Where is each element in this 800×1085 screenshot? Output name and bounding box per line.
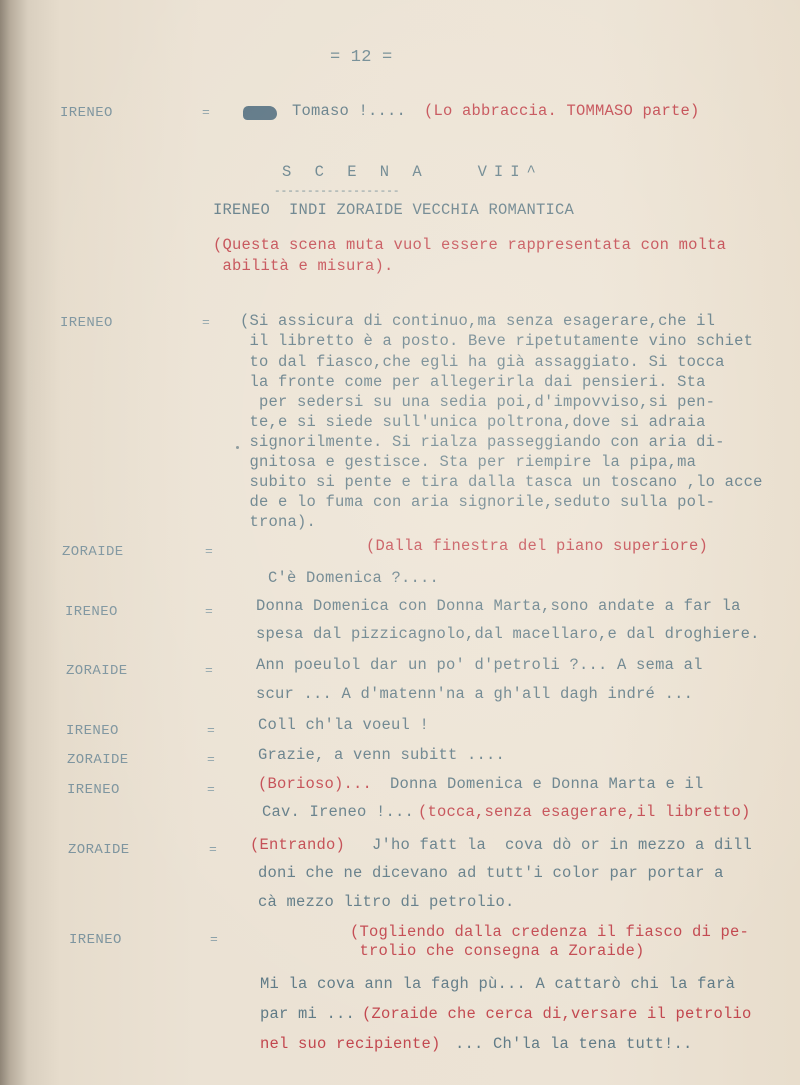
stage-direction-line: per sedersi su una sedia poi,d'impovviso… — [240, 392, 715, 412]
dialogue-text: Donna Domenica con Donna Marta,sono anda… — [256, 596, 741, 616]
speaker-separator: = — [205, 542, 213, 562]
speaker-separator: = — [202, 103, 210, 123]
typewritten-script-page: = 12 = IRENEO = Tomaso !.... (Lo abbracc… — [0, 0, 800, 1085]
speaker-separator: = — [210, 930, 218, 950]
speaker-name: ZORAIDE — [66, 661, 128, 681]
dialogue-text: C'è Domenica ?.... — [268, 568, 439, 588]
stage-direction-line: la fronte come per allegerirla dai pensi… — [240, 372, 706, 392]
speaker-separator: = — [202, 313, 210, 333]
scene-characters: IRENEO INDI ZORAIDE VECCHIA ROMANTICA — [213, 200, 574, 220]
dialogue-text: doni che ne dicevano ad tutt'i color par… — [258, 863, 724, 883]
speaker-name: ZORAIDE — [68, 840, 130, 860]
stage-direction-line: nel suo recipiente) — [260, 1034, 441, 1054]
stage-direction-line: (Si assicura di continuo,ma senza esager… — [240, 311, 715, 331]
scene-note-line: abilità e misura). — [213, 256, 394, 276]
speaker-name: IRENEO — [66, 721, 119, 741]
speaker-name: IRENEO — [60, 103, 113, 123]
stage-direction-line: to dal fiasco,che egli ha già assaggiato… — [240, 352, 725, 372]
speaker-name: IRENEO — [65, 602, 118, 622]
dialogue-text: cà mezzo litro di petrolio. — [258, 892, 515, 912]
stage-direction-line: trolio che consegna a Zoraide) — [350, 941, 645, 961]
speaker-name: IRENEO — [60, 313, 113, 333]
dialogue-text: scur ... A d'matenn'na a gh'all dagh ind… — [256, 684, 693, 704]
dialogue-text: Donna Domenica e Donna Marta e il — [390, 774, 704, 794]
dialogue-text: Cav. Ireneo !... — [262, 802, 414, 822]
stage-direction-line: de e lo fuma con aria signorile,seduto s… — [240, 492, 715, 512]
speaker-name: ZORAIDE — [67, 750, 129, 770]
stage-direction-line: te,e si siede sull'unica poltrona,dove s… — [240, 412, 706, 432]
dialogue-text: Grazie, a venn subitt .... — [258, 745, 505, 765]
speaker-name: IRENEO — [69, 930, 122, 950]
stage-direction: (Lo abbraccia. TOMMASO parte) — [424, 101, 700, 121]
ink-speck — [236, 446, 239, 449]
stage-direction-line: il libretto è a posto. Beve ripetutament… — [240, 331, 753, 351]
stage-direction: (Dalla finestra del piano superiore) — [366, 536, 708, 556]
dialogue-text: Mi la cova ann la fagh pù... A cattarò c… — [260, 974, 735, 994]
dialogue-text: ... Ch'la la tena tutt!.. — [455, 1034, 693, 1054]
dialogue-text: J'ho fatt la cova dò or in mezzo a dill — [372, 835, 752, 855]
stage-direction-line: subito si pente e tira dalla tasca un to… — [240, 472, 763, 492]
stage-direction: (tocca,senza esagerare,il libretto) — [418, 802, 751, 822]
dialogue-text: Ann poeulol dar un po' d'petroli ?... A … — [256, 655, 703, 675]
page-number: = 12 = — [330, 48, 392, 68]
speaker-separator: = — [207, 721, 215, 741]
speaker-name: IRENEO — [67, 780, 120, 800]
stage-direction-line: (Zoraide che cerca di,versare il petroli… — [362, 1004, 752, 1024]
speaker-name: ZORAIDE — [62, 542, 124, 562]
ink-strikeout-blot — [243, 106, 277, 120]
scene-note-line: (Questa scena muta vuol essere rappresen… — [213, 235, 726, 255]
speaker-separator: = — [207, 750, 215, 770]
stage-direction-line: trona). — [240, 512, 316, 532]
speaker-separator: = — [207, 780, 215, 800]
speaker-separator: = — [205, 661, 213, 681]
speaker-separator: = — [209, 840, 217, 860]
scene-title: S C E N A VII^ — [282, 162, 543, 182]
stage-direction-line: gnitosa e gestisce. Sta per riempire la … — [240, 452, 696, 472]
dialogue-text: Coll ch'la voeul ! — [258, 715, 429, 735]
stage-direction: (Borioso)... — [258, 774, 372, 794]
stage-direction-line: signorilmente. Si rialza passeggiando co… — [240, 432, 725, 452]
scene-title-underline: ------------------- — [274, 182, 399, 202]
stage-direction: (Entrando) — [250, 835, 345, 855]
stage-direction-line: (Togliendo dalla credenza il fiasco di p… — [350, 922, 749, 942]
dialogue-text: par mi ... — [260, 1004, 355, 1024]
dialogue-text: spesa dal pizzicagnolo,dal macellaro,e d… — [256, 624, 760, 644]
dialogue-text: Tomaso !.... — [292, 101, 406, 121]
speaker-separator: = — [205, 602, 213, 622]
